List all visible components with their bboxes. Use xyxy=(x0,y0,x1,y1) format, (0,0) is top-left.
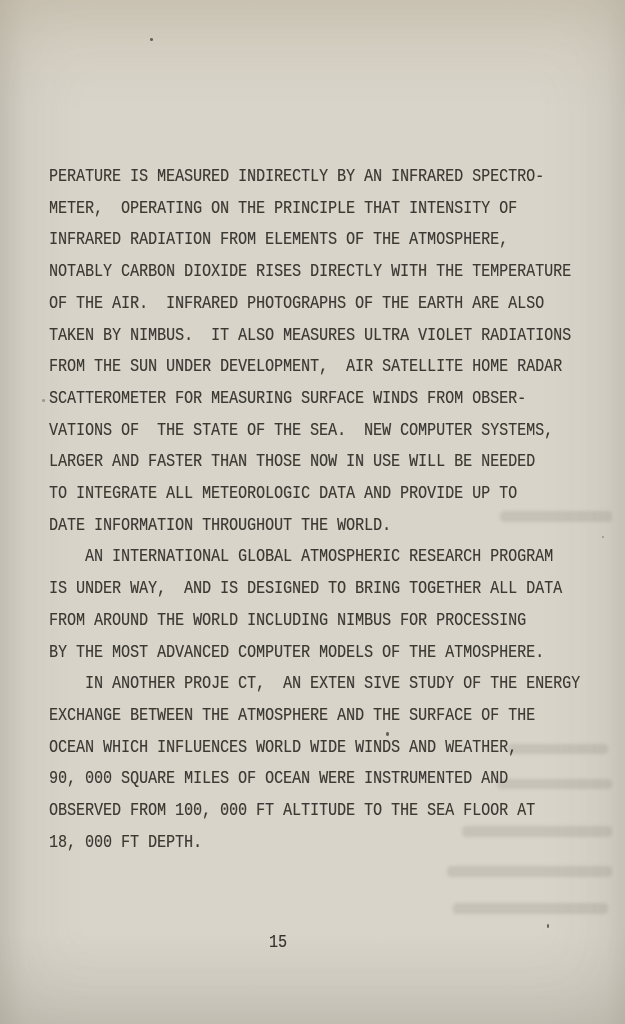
paper-speck xyxy=(42,399,45,402)
text-line: 18, 000 FT DEPTH. xyxy=(49,823,619,863)
document-page: PERATURE IS MEASURED INDIRECTLY BY AN IN… xyxy=(0,0,625,1024)
paper-speck xyxy=(547,924,549,928)
body-text: PERATURE IS MEASURED INDIRECTLY BY AN IN… xyxy=(49,161,619,858)
paper-speck xyxy=(150,38,153,41)
showthrough-smudge xyxy=(447,866,612,877)
showthrough-smudge xyxy=(453,903,608,914)
page-number: 15 xyxy=(269,929,287,957)
